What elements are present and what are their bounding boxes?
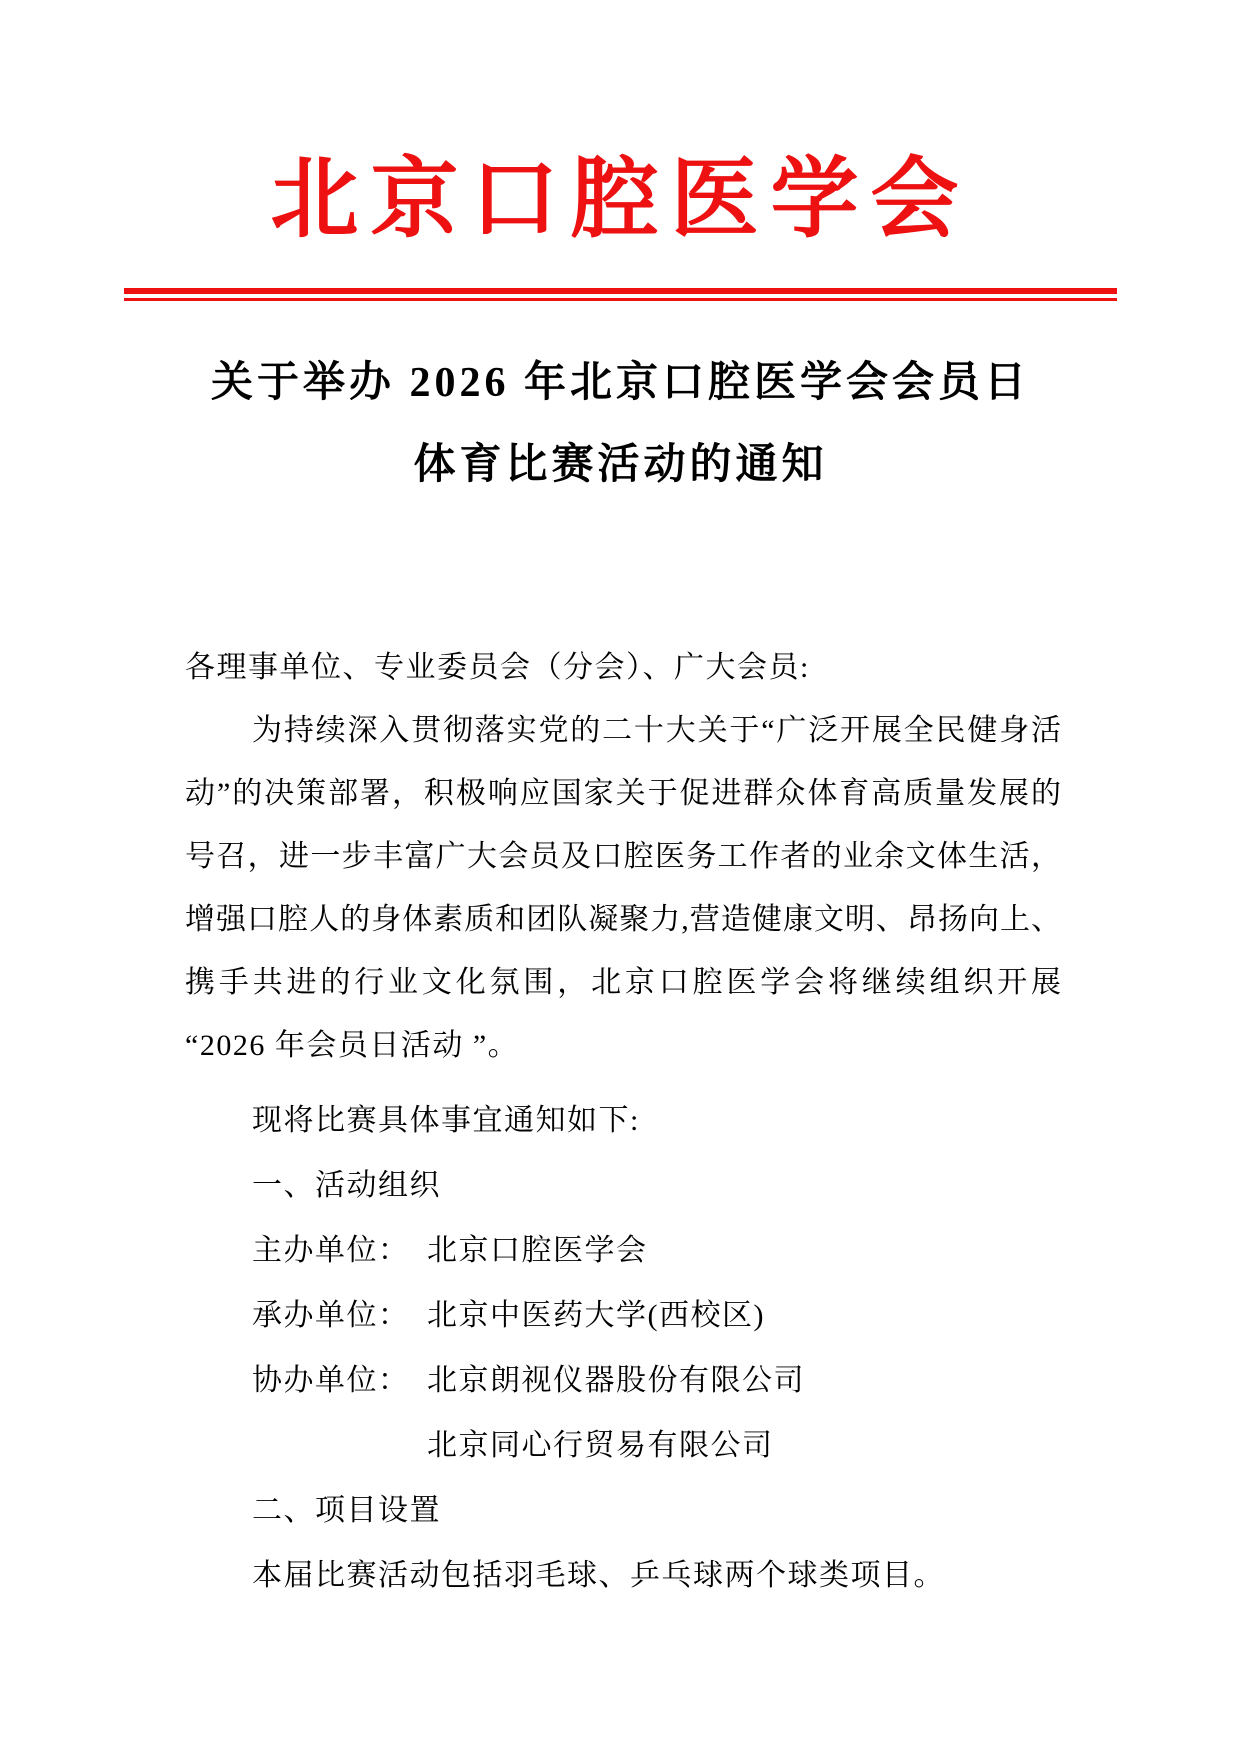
letterhead-org-name: 北京口腔医学会 [0,150,1241,247]
notice-details-section: 现将比赛具体事宜通知如下: 一、活动组织 主办单位：北京口腔医学会 承办单位：北… [185,1088,1061,1608]
organizer-label: 协办单位： [252,1348,427,1413]
organizer-row-co-organizer: 协办单位：北京朗视仪器股份有限公司 [185,1348,1061,1413]
paragraph-line: 动”的决策部署，积极响应国家关于促进群众体育高质量发展的 [185,762,1061,825]
organizer-label: 主办单位： [252,1218,427,1283]
document-title: 关于举办 2026 年北京口腔医学会会员日 体育比赛活动的通知 [0,342,1241,506]
salutation-line: 各理事单位、专业委员会（分会）、广大会员: [185,636,1061,699]
paragraph-line: 增强口腔人的身体素质和团队凝聚力,营造健康文明、昂扬向上、 [185,888,1061,951]
letterhead: 北京口腔医学会 [0,150,1241,247]
intro-line: 现将比赛具体事宜通知如下: [185,1088,1061,1153]
organizer-value: 北京中医药大学(西校区) [427,1299,765,1332]
paragraph-line: “2026 年会员日活动 ”。 [185,1014,1061,1077]
document-title-line1: 关于举办 2026 年北京口腔医学会会员日 [0,342,1241,424]
notice-opening-section: 各理事单位、专业委员会（分会）、广大会员: 为持续深入贯彻落实党的二十大关于“广… [185,636,1061,1077]
organizer-row-co-organizer-2: 北京同心行贸易有限公司 [185,1413,1061,1478]
paragraph-line: 号召，进一步丰富广大会员及口腔医务工作者的业余文体生活， [185,825,1061,888]
organizer-row-host: 主办单位：北京口腔医学会 [185,1218,1061,1283]
organizer-value: 北京口腔医学会 [427,1234,648,1267]
letterhead-divider-rule [124,288,1117,301]
organizer-label: 承办单位： [252,1283,427,1348]
paragraph-line: 携手共进的行业文化氛围，北京口腔医学会将继续组织开展 [185,951,1061,1014]
section1-heading: 一、活动组织 [185,1153,1061,1218]
document-title-line2: 体育比赛活动的通知 [0,424,1241,506]
organizer-value: 北京朗视仪器股份有限公司 [427,1364,805,1397]
organizer-value: 北京同心行贸易有限公司 [427,1429,774,1462]
paragraph-line: 为持续深入贯彻落实党的二十大关于“广泛开展全民健身活 [185,699,1061,762]
section2-heading: 二、项目设置 [185,1478,1061,1543]
notice-document-page: 北京口腔医学会 关于举办 2026 年北京口腔医学会会员日 体育比赛活动的通知 … [0,0,1241,1754]
section2-text-line: 本届比赛活动包括羽毛球、乒乓球两个球类项目。 [185,1543,1061,1608]
organizer-row-undertaker: 承办单位：北京中医药大学(西校区) [185,1283,1061,1348]
